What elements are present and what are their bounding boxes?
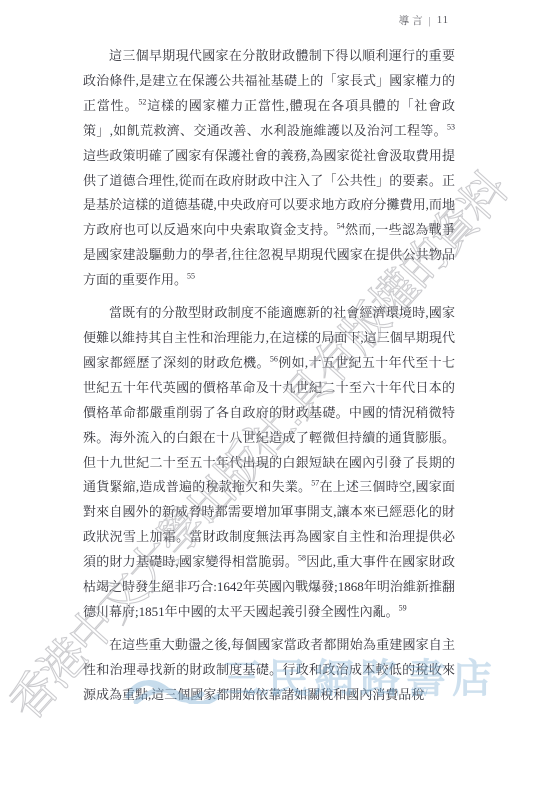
text-block: 這三個早期現代國家在分散財政體制下得以順利運行的重要政治條件,是建立在保護公共福…: [83, 44, 455, 716]
footnote-ref: 56: [270, 355, 278, 364]
paragraph: 當既有的分散型財政制度不能適應新的社會經濟環境時,國家便難以維持其自主性和治理能…: [83, 301, 455, 625]
header-divider: |: [429, 15, 431, 27]
paragraph: 在這些重大動盪之後,每個國家當政者都開始為重建國家自主性和治理尋找新的財政制度基…: [83, 633, 455, 708]
paragraph-text: 例如,十五世紀五十年代至十七世紀五十年代英國的價格革命及十九世紀二十至六十年代日…: [83, 355, 455, 495]
footnote-ref: 59: [399, 604, 407, 613]
paragraph-text: 在這些重大動盪之後,每個國家當政者都開始為重建國家自主性和治理尋找新的財政制度基…: [83, 637, 455, 702]
footnote-ref: 54: [337, 222, 345, 231]
section-title: 導言: [399, 13, 426, 28]
footnote-ref: 53: [447, 122, 455, 131]
paragraph: 這三個早期現代國家在分散財政體制下得以順利運行的重要政治條件,是建立在保護公共福…: [83, 44, 455, 293]
page-header: 導言 | 11: [399, 13, 449, 28]
page-number: 11: [437, 15, 449, 26]
footnote-ref: 55: [187, 272, 195, 281]
footnote-ref: 58: [298, 554, 306, 563]
